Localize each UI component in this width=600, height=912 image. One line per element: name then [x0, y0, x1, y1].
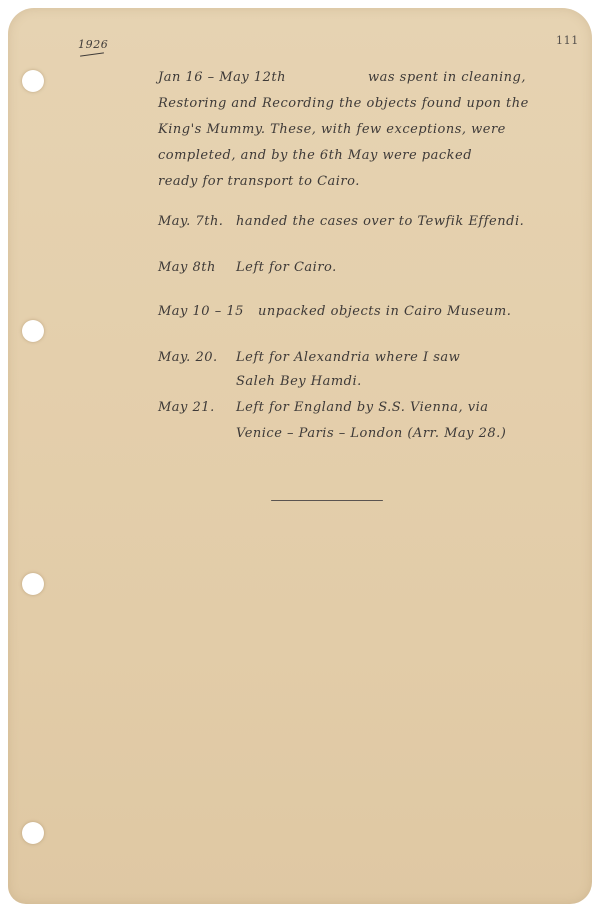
entry-date: May 10 – 15 — [158, 304, 258, 319]
entry-date: May 21. — [158, 400, 236, 415]
entry-jan16-line-2: Restoring and Recording the objects foun… — [158, 96, 529, 111]
year-heading: 1926 — [78, 38, 108, 51]
punch-hole — [22, 573, 44, 595]
entry-may7: May. 7th.handed the cases over to Tewfik… — [158, 214, 524, 229]
entry-text: Left for England by S.S. Vienna, via — [236, 400, 489, 415]
entry-date: Jan 16 – May 12th — [158, 70, 368, 85]
entry-jan16-line-3: King's Mummy. These, with few exceptions… — [158, 122, 506, 137]
year-underline — [80, 52, 104, 56]
entry-text: unpacked objects in Cairo Museum. — [258, 304, 511, 319]
entry-jan16-line-4: completed, and by the 6th May were packe… — [158, 148, 472, 163]
entry-may20-line-2: Saleh Bey Hamdi. — [236, 374, 362, 389]
entry-jan16-line-5: ready for transport to Cairo. — [158, 174, 360, 189]
page-number: 111 — [556, 34, 579, 47]
entry-text: Left for Alexandria where I saw — [236, 350, 460, 365]
punch-hole — [22, 822, 44, 844]
punch-hole — [22, 320, 44, 342]
entry-may21-line-2: Venice – Paris – London (Arr. May 28.) — [236, 426, 506, 441]
entry-text: Left for Cairo. — [236, 260, 337, 275]
notebook-page: 1926 111 Jan 16 – May 12thwas spent in c… — [8, 8, 592, 904]
entry-date: May. 20. — [158, 350, 236, 365]
entry-text: was spent in cleaning, — [368, 70, 526, 85]
entry-jan16-line-1: Jan 16 – May 12thwas spent in cleaning, — [158, 70, 526, 85]
punch-hole — [22, 70, 44, 92]
entry-date: May. 7th. — [158, 214, 236, 229]
entry-text: handed the cases over to Tewfik Effendi. — [236, 214, 524, 229]
entry-may8: May 8thLeft for Cairo. — [158, 260, 337, 275]
entry-may20-line-1: May. 20.Left for Alexandria where I saw — [158, 350, 460, 365]
end-divider-line — [271, 500, 383, 501]
entry-date: May 8th — [158, 260, 236, 275]
entry-may10-15: May 10 – 15unpacked objects in Cairo Mus… — [158, 304, 511, 319]
entry-may21-line-1: May 21.Left for England by S.S. Vienna, … — [158, 400, 489, 415]
